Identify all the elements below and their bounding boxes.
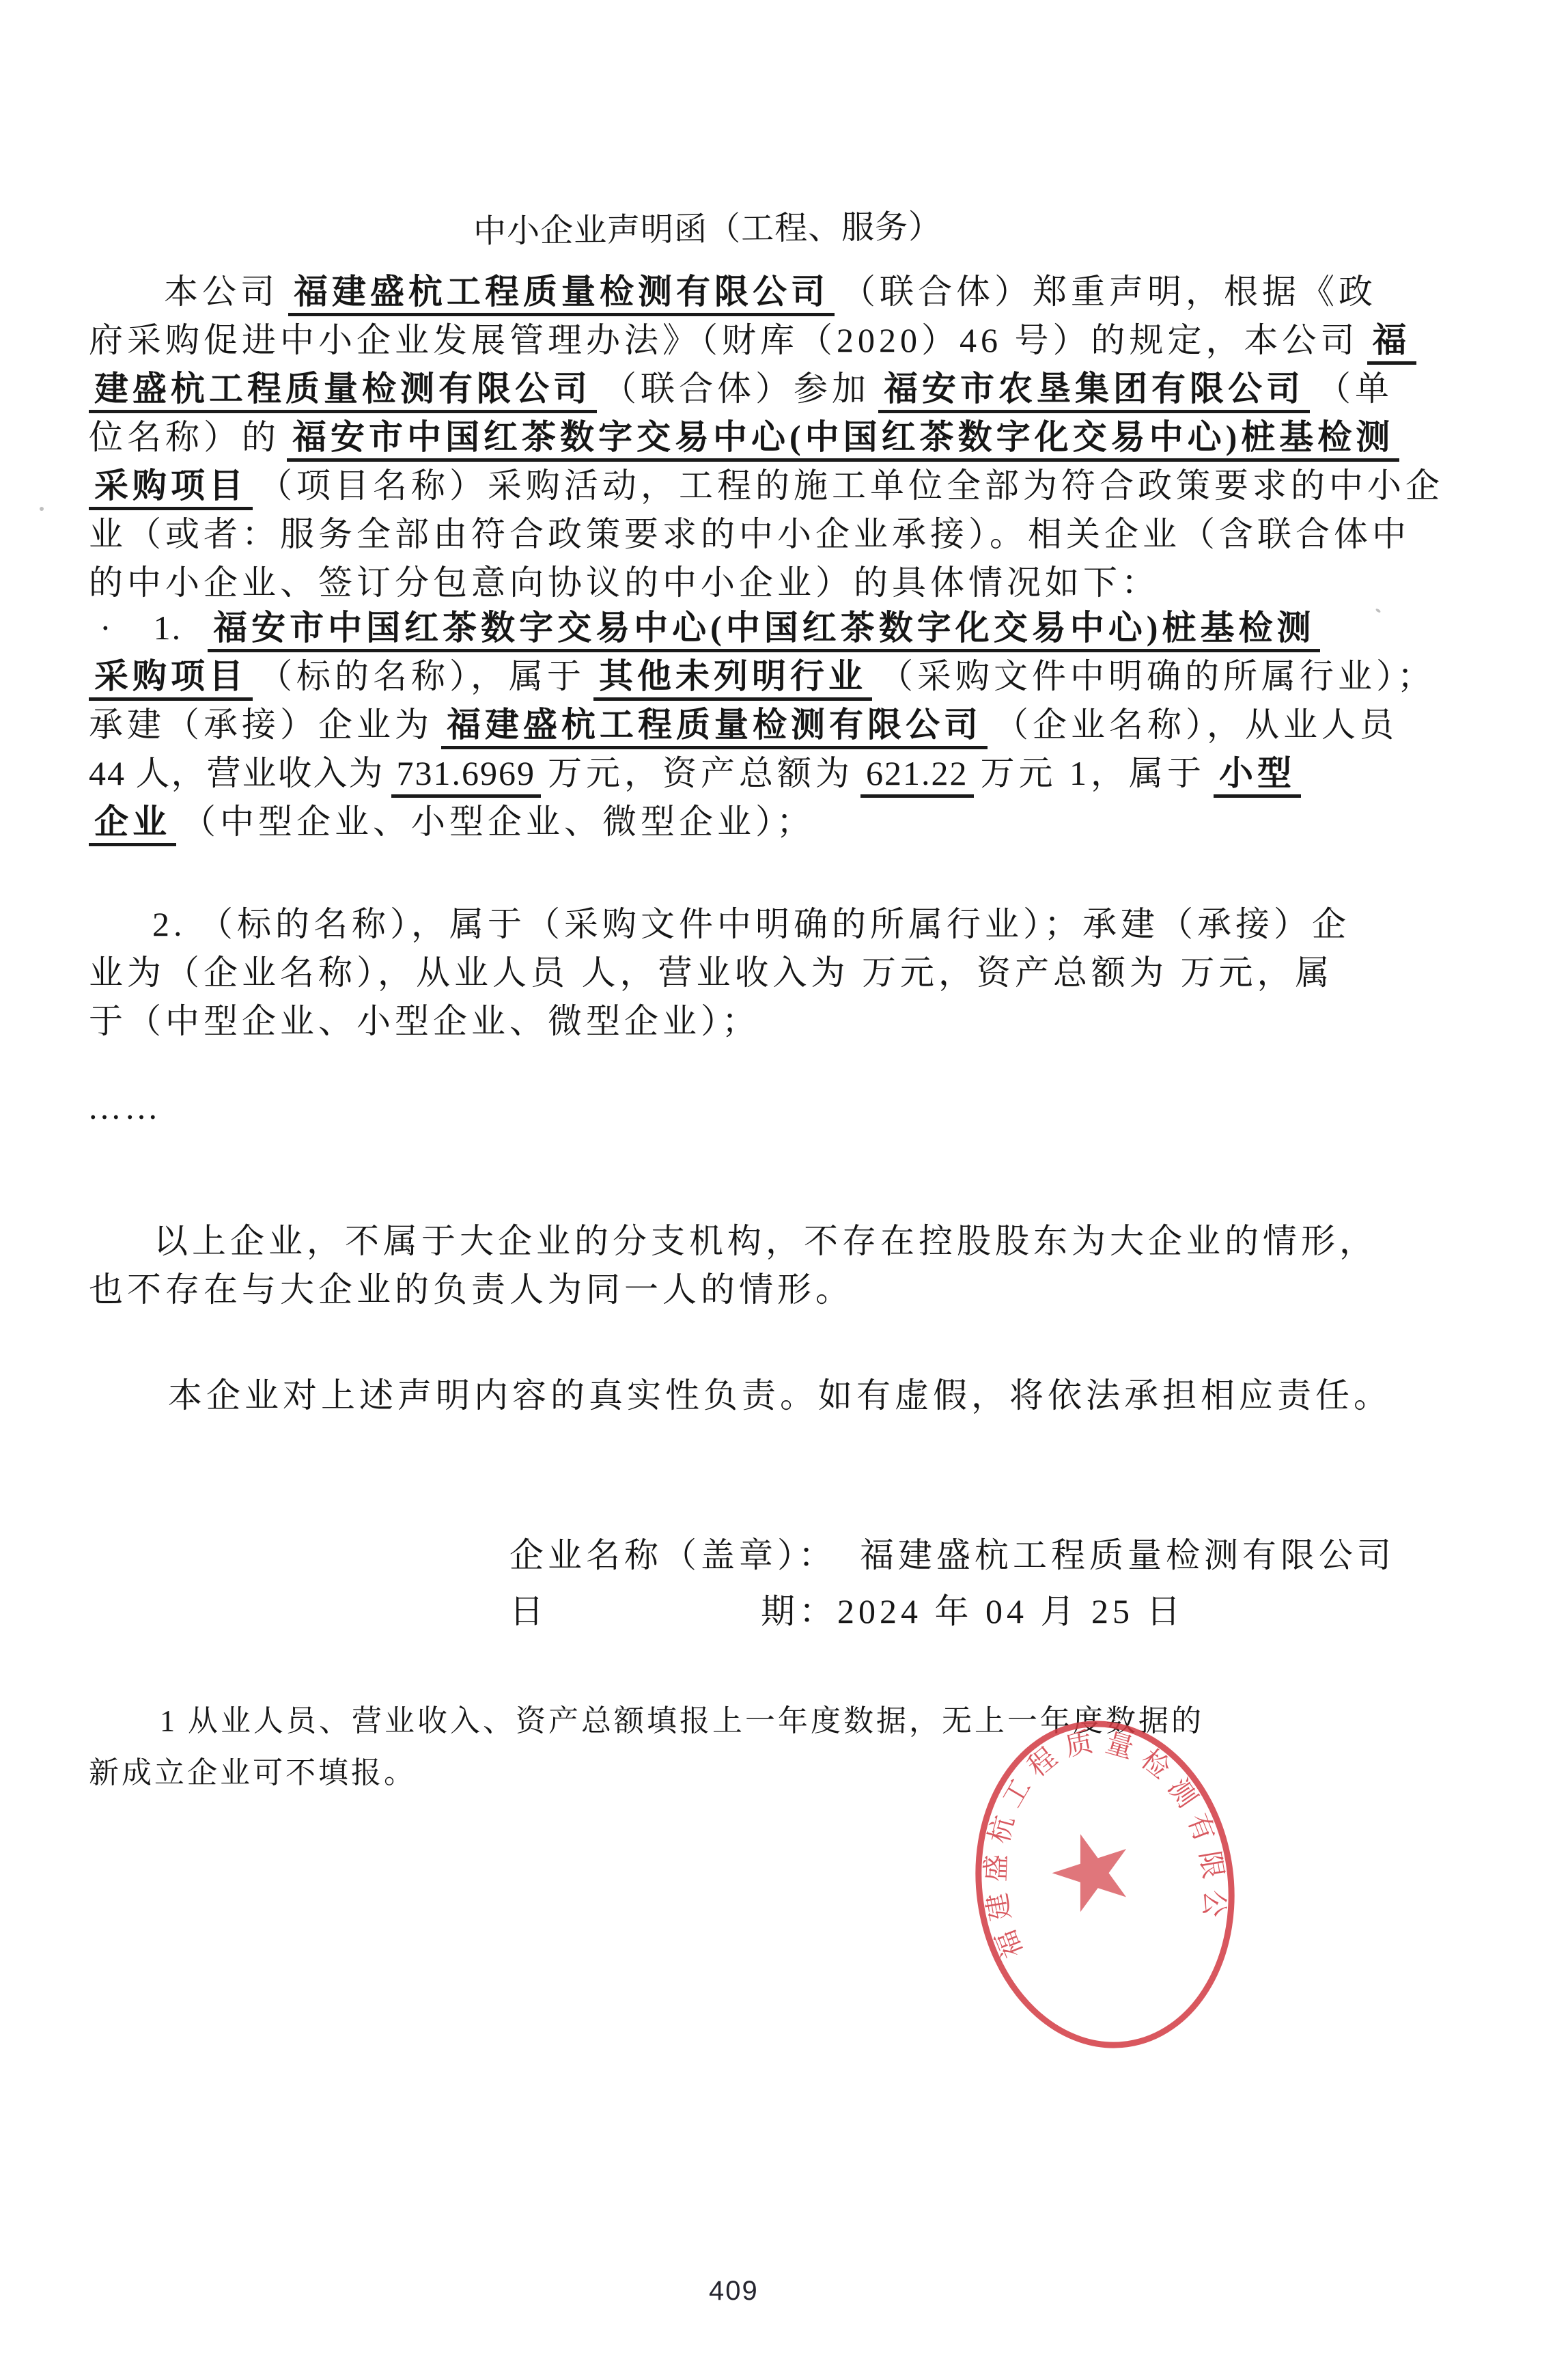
document-page: 中小企业声明函（工程、服务） 本公司福建盛杭工程质量检测有限公司（联合体）郑重声… xyxy=(0,0,1568,2366)
text-run: 企业名称（盖章）： xyxy=(509,1536,837,1574)
not-large-enterprise-paragraph: 以上企业，不属于大企业的分支机构，不存在控股股东为大企业的情形，也不存在与大企业… xyxy=(89,1217,1377,1314)
filled-in-field: 福安市中国红茶数字交易中心(中国红茶数字化交易中心)桩基检测 xyxy=(208,609,1320,652)
text-line: 日期：2024 年 04 月 25 日 xyxy=(509,1583,1395,1639)
filled-in-field: 福安市中国红茶数字交易中心(中国红茶数字化交易中心)桩基检测 xyxy=(287,418,1399,462)
filled-in-field: 福建盛杭工程质量检测有限公司 xyxy=(288,273,835,316)
text-run: （联合体）郑重声明，根据《政 xyxy=(841,273,1377,311)
text-run: · xyxy=(100,609,115,647)
item-2-template-paragraph: 2. （标的名称），属于（采购文件中明确的所属行业）；承建（承接）企业为（企业名… xyxy=(89,900,1350,1046)
text-line: 本公司福建盛杭工程质量检测有限公司（联合体）郑重声明，根据《政 xyxy=(89,268,1444,316)
scan-speck xyxy=(40,507,44,511)
filled-in-field: 福建盛杭工程质量检测有限公司 xyxy=(441,706,988,749)
scan-speck xyxy=(1300,619,1304,622)
text-run: 万元，资产总额为 xyxy=(548,754,854,792)
text-run: （单 xyxy=(1317,370,1393,408)
filled-in-field: 采购项目 xyxy=(89,657,253,701)
text-run: 业（或者：服务全部由符合政策要求的中小企业承接）。相关企业（含联合体中 xyxy=(89,515,1410,553)
text-line: 44 人，营业收入为731.6969万元，资产总额为621.22万元 1，属于小… xyxy=(89,749,1436,798)
text-line: 企业名称（盖章）：福建盛杭工程质量检测有限公司 xyxy=(509,1527,1395,1583)
filled-in-field: 企业 xyxy=(89,803,176,846)
text-run: 府采购促进中小企业发展管理办法》（财库（2020）46 号）的规定，本公司 xyxy=(89,321,1359,359)
filled-in-field: 采购项目 xyxy=(89,467,253,510)
filled-in-field: 其他未列明行业 xyxy=(593,657,872,701)
text-line: 企业（中型企业、小型企业、微型企业）； xyxy=(89,798,1436,846)
filled-in-field: 621.22 xyxy=(860,754,974,798)
text-run: （标的名称），属于 xyxy=(258,657,585,695)
text-run: 承建（承接）企业为 xyxy=(89,706,433,744)
text-line: 承建（承接）企业为福建盛杭工程质量检测有限公司（企业名称），从业人员 xyxy=(89,701,1436,749)
text-run: 日 xyxy=(509,1592,548,1630)
filled-in-field: 731.6969 xyxy=(391,754,542,798)
text-run: 新成立企业可不填报。 xyxy=(89,1756,417,1790)
text-run: 2. （标的名称），属于（采购文件中明确的所属行业）；承建（承接）企 xyxy=(152,905,1350,943)
responsibility-statement-paragraph: 本企业对上述声明内容的真实性负责。如有虚假，将依法承担相应责任。 xyxy=(89,1372,1392,1420)
signature-block: 企业名称（盖章）：福建盛杭工程质量检测有限公司日期：2024 年 04 月 25… xyxy=(509,1527,1395,1639)
text-run: 万元 1，属于 xyxy=(981,754,1206,792)
text-run: 以上企业，不属于大企业的分支机构，不存在控股股东为大企业的情形， xyxy=(154,1222,1377,1260)
text-line: 2. （标的名称），属于（采购文件中明确的所属行业）；承建（承接）企 xyxy=(89,900,1350,949)
text-run: 44 人，营业收入为 xyxy=(89,754,384,792)
text-line: 采购项目（项目名称）采购活动，工程的施工单位全部为符合政策要求的中小企 xyxy=(89,462,1444,510)
text-line: 于（中型企业、小型企业、微型企业）； xyxy=(89,997,1350,1046)
text-run: 期：2024 年 04 月 25 日 xyxy=(761,1592,1185,1630)
filled-in-field: 福安市农垦集团有限公司 xyxy=(878,370,1310,413)
text-line: 业为（企业名称），从业人员 人，营业收入为 万元，资产总额为 万元，属 xyxy=(89,949,1350,997)
text-run: 也不存在与大企业的负责人为同一人的情形。 xyxy=(89,1270,854,1309)
text-line: 府采购促进中小企业发展管理办法》（财库（2020）46 号）的规定，本公司福 xyxy=(89,316,1444,365)
declaration-intro-paragraph: 本公司福建盛杭工程质量检测有限公司（联合体）郑重声明，根据《政府采购促进中小企业… xyxy=(89,268,1444,607)
text-run: （企业名称），从业人员 xyxy=(994,706,1398,744)
text-run: （中型企业、小型企业、微型企业）； xyxy=(182,803,815,841)
text-line: 位名称）的福安市中国红茶数字交易中心(中国红茶数字化交易中心)桩基检测 xyxy=(89,413,1444,462)
text-run: 位名称）的 xyxy=(89,418,280,456)
seal-company-name-text: 福建盛杭工程质量检测有限公司 xyxy=(968,1716,1236,1968)
star-icon xyxy=(1047,1828,1134,1915)
filled-in-field: 建盛杭工程质量检测有限公司 xyxy=(89,370,597,413)
text-line: 本企业对上述声明内容的真实性负责。如有虚假，将依法承担相应责任。 xyxy=(89,1372,1392,1420)
text-line: 以上企业，不属于大企业的分支机构，不存在控股股东为大企业的情形， xyxy=(89,1217,1377,1266)
text-line: 建盛杭工程质量检测有限公司（联合体）参加福安市农垦集团有限公司（单 xyxy=(89,365,1444,413)
text-run: 1. xyxy=(154,609,182,647)
text-line: 的中小企业、签订分包意向协议的中小企业）的具体情况如下： xyxy=(89,559,1444,607)
text-run: 于（中型企业、小型企业、微型企业）； xyxy=(89,1002,760,1040)
ellipsis-placeholder: …… xyxy=(87,1083,161,1132)
company-seal-stamp: 福建盛杭工程质量检测有限公司 xyxy=(968,1716,1242,2057)
text-run: 福建盛杭工程质量检测有限公司 xyxy=(860,1536,1395,1574)
filled-in-field: 小型 xyxy=(1214,754,1301,798)
text-line: 也不存在与大企业的负责人为同一人的情形。 xyxy=(89,1266,1377,1314)
text-run: 的中小企业、签订分包意向协议的中小企业）的具体情况如下： xyxy=(89,563,1160,602)
text-run: （项目名称）采购活动，工程的施工单位全部为符合政策要求的中小企 xyxy=(258,467,1444,505)
seal-company-name: 福建盛杭工程质量检测有限公司 xyxy=(968,1716,1236,1968)
text-line: 采购项目（标的名称），属于其他未列明行业（采购文件中明确的所属行业）； xyxy=(89,652,1436,701)
text-run: （采购文件中明确的所属行业）； xyxy=(879,657,1436,695)
document-title: 中小企业声明函（工程、服务） xyxy=(473,200,942,252)
item-1-project-paragraph: ·1.福安市中国红茶数字交易中心(中国红茶数字化交易中心)桩基检测采购项目（标的… xyxy=(89,604,1436,846)
text-run: （联合体）参加 xyxy=(602,370,870,408)
text-run: 本公司 xyxy=(164,273,279,311)
filled-in-field: 福 xyxy=(1367,321,1416,365)
text-run: 本企业对上述声明内容的真实性负责。如有虚假，将依法承担相应责任。 xyxy=(168,1376,1392,1415)
text-line: 业（或者：服务全部由符合政策要求的中小企业承接）。相关企业（含联合体中 xyxy=(89,510,1444,559)
text-run: 业为（企业名称），从业人员 人，营业收入为 万元，资产总额为 万元，属 xyxy=(89,954,1334,992)
text-line: ·1.福安市中国红茶数字交易中心(中国红茶数字化交易中心)桩基检测 xyxy=(89,604,1436,652)
page-number: 409 xyxy=(709,2276,759,2307)
